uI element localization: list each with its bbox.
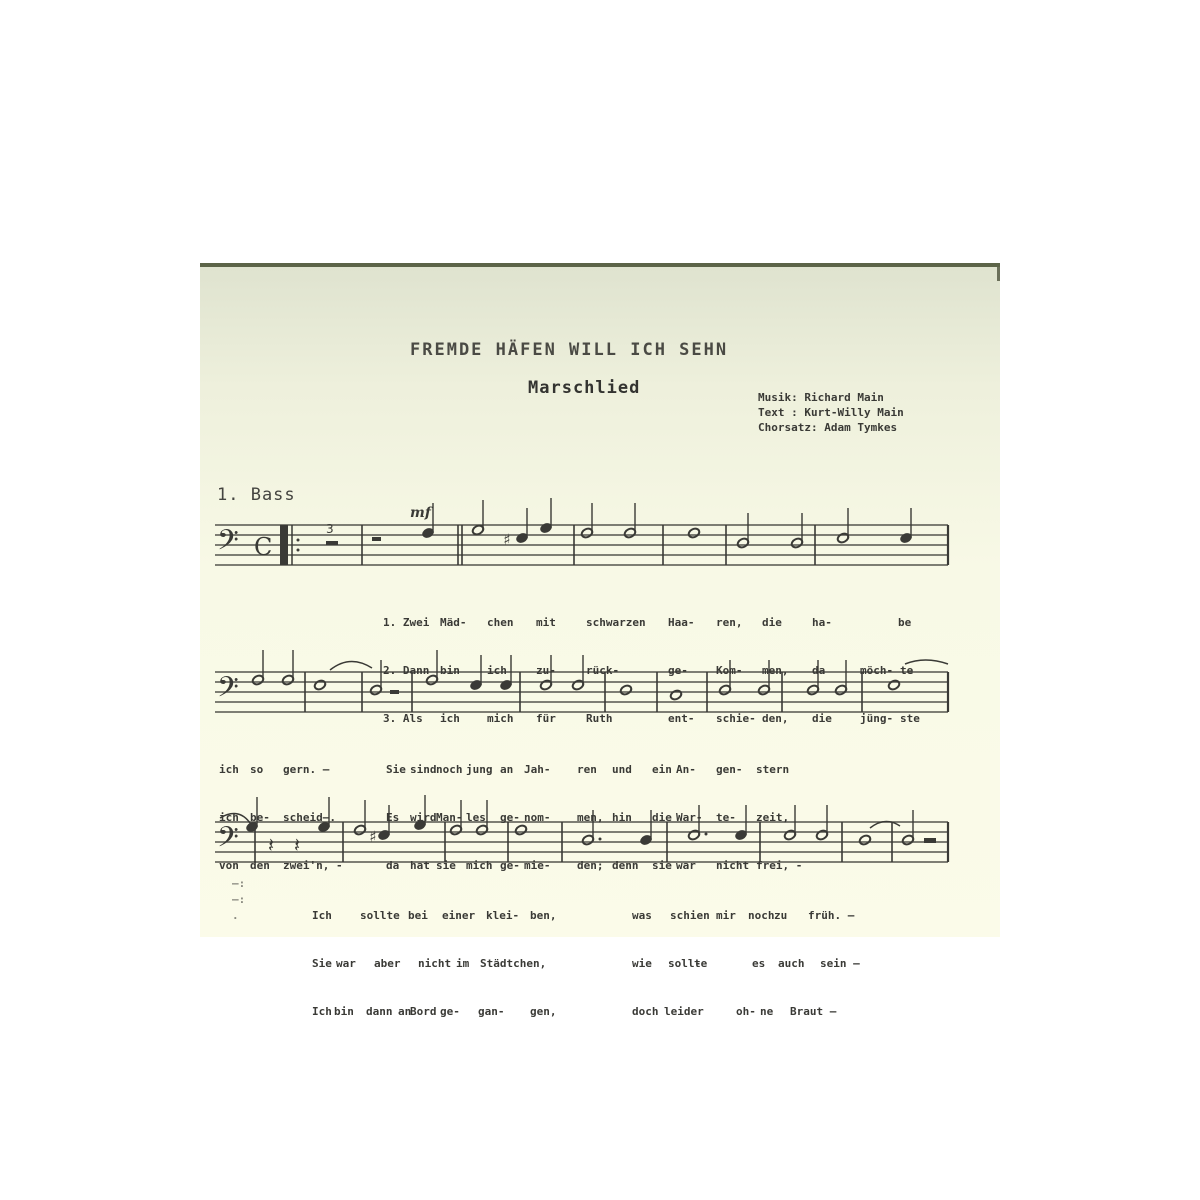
lyric-syllable: sie [436, 858, 456, 874]
lyric-syllable: ge- [500, 858, 520, 874]
lyric-syllable: Haa- [668, 615, 695, 631]
lyric-syllable: gan- [478, 1004, 505, 1020]
lyric-verse-3: 3. AlsichmichfürRuthent-schie-den,diejün… [0, 711, 1200, 727]
lyric-syllable: nicht [418, 956, 451, 972]
lyric-syllable: bin [440, 663, 460, 679]
lyric-syllable: Jah- [524, 762, 551, 778]
lyric-syllable: da [812, 663, 825, 679]
lyric-syllable: mich [487, 711, 514, 727]
lyric-syllable: gen- [716, 762, 743, 778]
lyric-syllable: ha- [812, 615, 832, 631]
lyric-syllable: schien [670, 908, 710, 924]
lyric-syllable: 2. Dann [383, 663, 429, 679]
lyric-syllable: hin [612, 810, 632, 826]
lyric-syllable: zwei'n, - [283, 858, 343, 874]
lyric-syllable: mit [536, 615, 556, 631]
lyric-syllable: ich [487, 663, 507, 679]
lyric-verse-2: SiewarabernichtimStädtchen,wiesoll-teesa… [0, 956, 1200, 972]
lyric-syllable: jung [466, 762, 493, 778]
lyric-syllable: ben, [530, 908, 557, 924]
lyric-syllable: auch [778, 956, 805, 972]
lyric-syllable: früh. – [808, 908, 854, 924]
lyric-syllable: ent- [668, 711, 695, 727]
lyric-syllable: an [500, 762, 513, 778]
lyric-syllable: einer [442, 908, 475, 924]
lyric-syllable: im [456, 956, 469, 972]
lyric-syllable: mie- [524, 858, 551, 874]
svg-text:mf: mf [410, 505, 434, 521]
lyric-syllable: Ich [312, 908, 332, 924]
lyric-syllable: und [612, 762, 632, 778]
lyric-syllable: ren [577, 762, 597, 778]
lyric-syllable: Kom- [716, 663, 743, 679]
lyric-syllable: doch [632, 1004, 659, 1020]
lyric-syllable: Mäd- [440, 615, 467, 631]
lyric-syllable: sie [652, 858, 672, 874]
lyric-syllable: men, [762, 663, 789, 679]
lyric-syllable: denn [612, 858, 639, 874]
lyric-syllable: ich [219, 762, 239, 778]
lyric-syllable: les [466, 810, 486, 826]
lyric-syllable: den, [762, 711, 789, 727]
lyric-syllable: aber [374, 956, 401, 972]
lyric-syllable: bei [408, 908, 428, 924]
lyric-syllable: nicht [716, 858, 749, 874]
lyric-syllable: ge- [440, 1004, 460, 1020]
lyrics-system-1: 1. ZweiMäd-chenmitschwarzenHaa-ren,dieha… [0, 583, 1200, 743]
lyric-syllable: nom- [524, 810, 551, 826]
lyric-syllable: Sie [386, 762, 406, 778]
lyric-syllable: war [676, 858, 696, 874]
lyric-syllable: scheid—. [283, 810, 336, 826]
lyric-syllable: was [632, 908, 652, 924]
lyric-syllable: Ich [312, 1004, 332, 1020]
lyric-syllable: ren, [716, 615, 743, 631]
verse-mark: —: [232, 876, 245, 892]
lyric-syllable: klei- [486, 908, 519, 924]
lyric-syllable: da [386, 858, 399, 874]
lyric-syllable: es [752, 956, 765, 972]
lyric-syllable: te [900, 663, 913, 679]
lyric-syllable: Bord [410, 1004, 437, 1020]
lyric-verse-2: ichbe-scheid—.EswirdMan-lesge-nom-men,hi… [0, 810, 1200, 826]
lyric-syllable: wie [632, 956, 652, 972]
lyrics-system-3: Ichsolltebeieinerklei-ben,wasschienmirno… [0, 876, 1200, 1036]
lyric-syllable: be [898, 615, 911, 631]
lyric-syllable: te- [716, 810, 736, 826]
lyric-syllable: Ruth [586, 711, 613, 727]
lyric-syllable: War- [676, 810, 703, 826]
lyric-syllable: für [536, 711, 556, 727]
lyric-syllable: sind [410, 762, 437, 778]
svg-text:3: 3 [326, 522, 334, 536]
lyric-syllable: 3. Als [383, 711, 423, 727]
lyrics-system-2: ichsogern. —SiesindnochjunganJah-renunde… [0, 730, 1200, 890]
lyric-syllable: rück- [586, 663, 619, 679]
lyric-syllable: hat [410, 858, 430, 874]
lyric-syllable: ge- [668, 663, 688, 679]
lyric-syllable: chen [487, 615, 514, 631]
svg-text:𝄢: 𝄢 [217, 524, 239, 564]
lyric-syllable: An- [676, 762, 696, 778]
lyric-syllable: Man- [436, 810, 463, 826]
lyric-syllable: stern [756, 762, 789, 778]
lyric-syllable: den [250, 858, 270, 874]
lyric-syllable: frei, - [756, 858, 802, 874]
lyric-syllable: noch [436, 762, 463, 778]
verse-mark: . [232, 908, 239, 924]
lyric-syllable: jüng- [860, 711, 893, 727]
lyric-verse-1: Ichsolltebeieinerklei-ben,wasschienmirno… [0, 908, 1200, 924]
lyric-syllable: wird [410, 810, 437, 826]
lyric-syllable: ge- [500, 810, 520, 826]
lyric-syllable: Sie [312, 956, 332, 972]
lyric-syllable: leider [664, 1004, 704, 1020]
lyric-syllable: gen, [530, 1004, 557, 1020]
lyric-syllable: Braut – [790, 1004, 836, 1020]
lyric-syllable: men, [577, 810, 604, 826]
lyric-syllable: den; [577, 858, 604, 874]
lyric-syllable: ein [652, 762, 672, 778]
lyric-syllable: te [694, 956, 707, 972]
lyric-syllable: 1. Zwei [383, 615, 429, 631]
lyric-verse-1: ichsogern. —SiesindnochjunganJah-renunde… [0, 762, 1200, 778]
lyric-syllable: oh- [736, 1004, 756, 1020]
lyric-syllable: mir [716, 908, 736, 924]
lyric-syllable: möch- [860, 663, 893, 679]
lyric-syllable: zu- [536, 663, 556, 679]
svg-text:♯: ♯ [502, 530, 512, 549]
lyric-syllable: sollte [360, 908, 400, 924]
lyric-syllable: die [762, 615, 782, 631]
lyric-syllable: mich [466, 858, 493, 874]
lyric-syllable: von [219, 858, 239, 874]
lyric-syllable: Es [386, 810, 399, 826]
lyric-syllable: Städtchen, [480, 956, 546, 972]
lyric-syllable: zeit, [756, 810, 789, 826]
lyric-syllable: zu [774, 908, 787, 924]
lyric-verse-3: vondenzwei'n, -dahatsiemichge-mie-den;de… [0, 858, 1200, 874]
lyric-syllable: dann [366, 1004, 393, 1020]
lyric-syllable: bin [334, 1004, 354, 1020]
lyric-syllable: ich [440, 711, 460, 727]
lyric-syllable: so [250, 762, 263, 778]
lyric-verse-1: 1. ZweiMäd-chenmitschwarzenHaa-ren,dieha… [0, 615, 1200, 631]
lyric-syllable: die [812, 711, 832, 727]
lyric-verse-2: 2. Dannbinichzu-rück-ge-Kom-men,damöch-t… [0, 663, 1200, 679]
lyric-syllable: ne [760, 1004, 773, 1020]
lyric-syllable: noch [748, 908, 775, 924]
lyric-syllable: be- [250, 810, 270, 826]
svg-text:C: C [254, 533, 272, 561]
lyric-syllable: schie- [716, 711, 756, 727]
lyric-syllable: sein – [820, 956, 860, 972]
lyric-syllable: war [336, 956, 356, 972]
verse-mark: —: [232, 892, 245, 908]
lyric-syllable: gern. — [283, 762, 329, 778]
lyric-verse-3: IchbindannanBordge-gan-gen,dochleideroh-… [0, 1004, 1200, 1020]
lyric-syllable: ich [219, 810, 239, 826]
lyric-syllable: die [652, 810, 672, 826]
lyric-syllable: ste [900, 711, 920, 727]
lyric-syllable: schwarzen [586, 615, 646, 631]
